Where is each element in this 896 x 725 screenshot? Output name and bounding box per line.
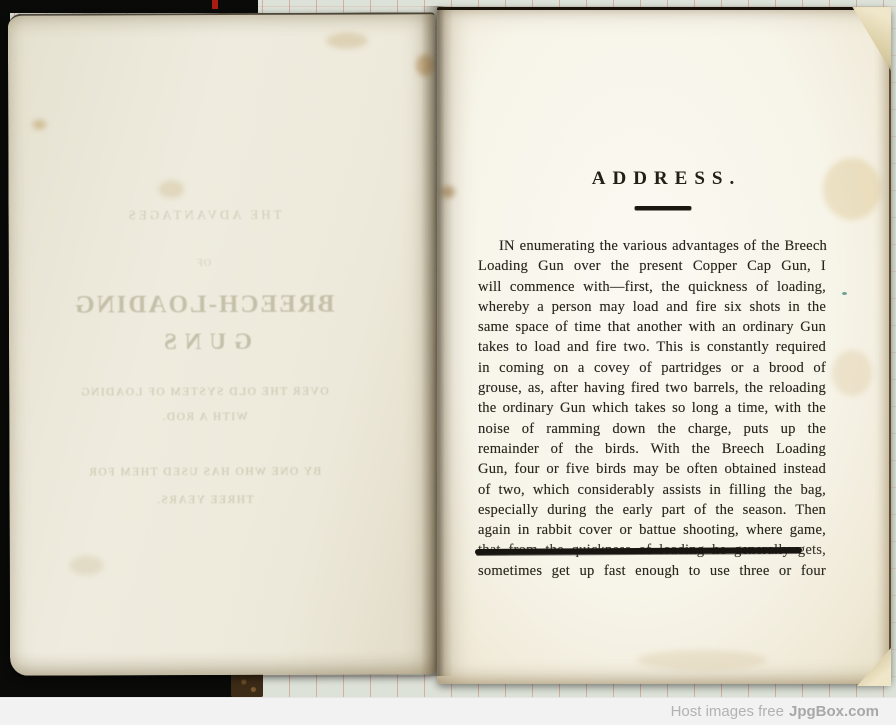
- body-line: especially during the early part of the …: [478, 500, 826, 520]
- ghost-line-mirrored: WITH A ROD.: [19, 410, 389, 423]
- heading-rule: [635, 206, 692, 210]
- body-line: will commence with—first, the quickness …: [478, 277, 826, 297]
- shadow-top-left: [0, 0, 258, 13]
- ink-speck: [842, 292, 847, 295]
- stain: [416, 54, 434, 76]
- body-line: whereby a person may load and fire six s…: [478, 297, 826, 317]
- struck-line: that from the quickness of loading he ge…: [478, 540, 826, 560]
- ghost-line-mirrored: OVER THE OLD SYSTEM OF LOADING: [19, 385, 389, 398]
- body-line: noise of ramming down the charge, puts u…: [478, 419, 826, 439]
- ghost-line-mirrored: BREECH-LOADING: [19, 290, 389, 319]
- body-line: Gun, four or five birds may be often obt…: [478, 459, 826, 479]
- book-spine: [231, 672, 263, 697]
- show-through-title: THE ADVANTAGES OF BREECH-LOADING GUNS OV…: [18, 14, 390, 675]
- ghost-line-mirrored: THREE YEARS.: [20, 493, 390, 506]
- page-heading: ADDRESS.: [437, 168, 889, 190]
- page-fold-bottom-right: [857, 646, 891, 686]
- body-line: same space of time that another with an …: [478, 317, 826, 337]
- footer-bar: Host images free JpgBox.com: [0, 697, 896, 725]
- footer-brand-link[interactable]: JpgBox.com: [789, 703, 879, 720]
- body-line: again in rabbit cover or battue shooting…: [478, 520, 826, 540]
- ghost-line-mirrored: GUNS: [19, 328, 389, 355]
- stain: [637, 650, 767, 670]
- body-line: IN enumerating the various advantages of…: [478, 236, 826, 256]
- page-body: IN enumerating the various advantages of…: [478, 236, 826, 581]
- body-line: the ordinary Gun which takes so long a t…: [478, 398, 826, 418]
- body-line: takes to load and fire two. This is cons…: [478, 337, 826, 357]
- ghost-line-mirrored: BY ONE WHO HAS USED THEM FOR: [19, 465, 389, 478]
- red-mark: [212, 0, 218, 9]
- page-fold-top-right: [849, 7, 891, 71]
- body-line: sometimes get up fast enough to use thre…: [478, 561, 826, 581]
- left-page: THE ADVANTAGES OF BREECH-LOADING GUNS OV…: [8, 12, 437, 675]
- ghost-line-mirrored: OF: [19, 257, 389, 269]
- body-line: grouse, as, after having fired two barre…: [478, 378, 826, 398]
- body-line: of two, which considerably assists in fi…: [478, 480, 826, 500]
- stain: [832, 350, 872, 396]
- body-line: Loading Gun over the present Copper Cap …: [478, 256, 826, 276]
- body-line: remainder of the birds. With the Breech …: [478, 439, 826, 459]
- right-page: ADDRESS. IN enumerating the various adva…: [437, 7, 891, 684]
- footer-text: Host images free: [671, 703, 784, 720]
- ghost-line-mirrored: THE ADVANTAGES: [19, 206, 389, 223]
- body-line: in coming on a covey of partridges or a …: [478, 358, 826, 378]
- book-photo: THE ADVANTAGES OF BREECH-LOADING GUNS OV…: [0, 0, 896, 725]
